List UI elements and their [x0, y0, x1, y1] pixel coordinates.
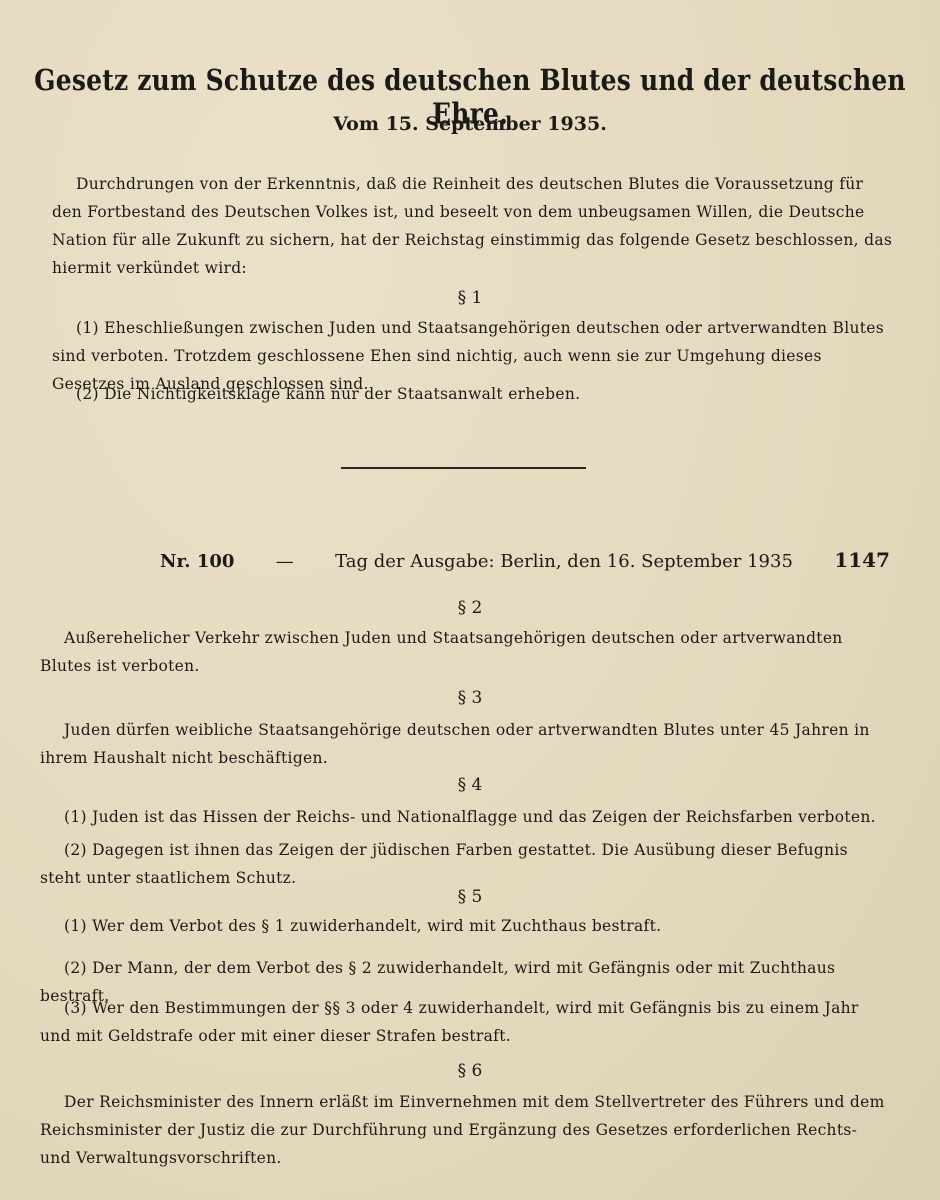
section-5-para-3: (3) Wer den Bestimmungen der §§ 3 oder 4…: [40, 994, 888, 1050]
section-1-heading: § 1: [0, 288, 940, 308]
law-date: Vom 15. September 1935.: [0, 113, 940, 135]
section-1-para-2: (2) Die Nichtigkeitsklage kann nur der S…: [52, 380, 894, 408]
section-4-para-2: (2) Dagegen ist ihnen das Zeigen der jüd…: [40, 836, 888, 892]
issue-day: Tag der Ausgabe: Berlin, den 16. Septemb…: [335, 551, 793, 572]
issue-number: Nr. 100: [160, 551, 234, 572]
header-dash: —: [276, 551, 294, 572]
section-2-para-1: Außerehelicher Verkehr zwischen Juden un…: [40, 624, 888, 680]
preamble: Durchdrungen von der Erkenntnis, daß die…: [52, 170, 894, 282]
section-2-heading: § 2: [0, 598, 940, 618]
section-5-para-1: (1) Wer dem Verbot des § 1 zuwiderhandel…: [40, 912, 888, 940]
section-4-para-1: (1) Juden ist das Hissen der Reichs- und…: [40, 803, 888, 831]
section-4-heading: § 4: [0, 775, 940, 795]
section-6-heading: § 6: [0, 1061, 940, 1081]
running-header: Nr. 100 — Tag der Ausgabe: Berlin, den 1…: [160, 548, 890, 572]
section-3-para-1: Juden dürfen weibliche Staatsangehörige …: [40, 716, 888, 772]
divider-rule: [341, 467, 586, 469]
section-6-para-1: Der Reichsminister des Innern erläßt im …: [40, 1088, 888, 1172]
section-5-heading: § 5: [0, 887, 940, 907]
section-3-heading: § 3: [0, 688, 940, 708]
page-number: 1147: [834, 548, 890, 572]
